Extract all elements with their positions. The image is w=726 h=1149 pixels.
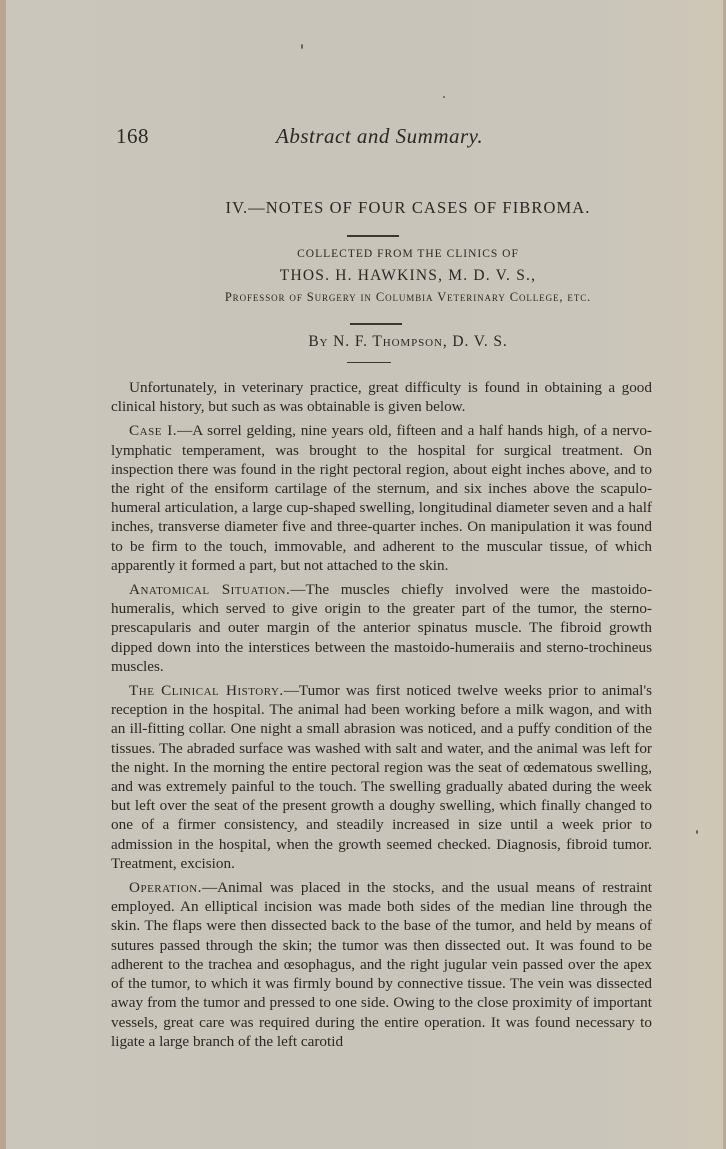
divider-rule <box>347 362 391 363</box>
paragraph-text: Unfortunately, in veterinary practice, g… <box>111 379 652 415</box>
paragraph-clinical-history: The Clinical History.—Tumor was first no… <box>111 681 652 873</box>
article-body: Unfortunately, in veterinary practice, g… <box>111 378 652 1056</box>
paragraph-lead: Case I. <box>129 422 177 439</box>
paper-speck <box>301 44 303 49</box>
paragraph-case-1: Case I.—A sorrel gelding, nine years old… <box>111 421 652 575</box>
paragraph-intro: Unfortunately, in veterinary practice, g… <box>111 378 652 416</box>
paragraph-lead: Operation. <box>129 879 202 896</box>
paragraph-anatomical-situation: Anatomical Situation.—The muscles chiefl… <box>111 580 652 676</box>
clinician-name: THOS. H. HAWKINS, M. D. V. S., <box>116 267 700 285</box>
divider-rule <box>347 235 399 237</box>
clinician-affiliation: Professor of Surgery in Columbia Veterin… <box>116 290 700 305</box>
paragraph-lead: The Clinical History. <box>129 682 284 699</box>
paragraph-text: —Tumor was first noticed twelve weeks pr… <box>111 682 652 872</box>
scanned-page: 168 Abstract and Summary. IV.—NOTES OF F… <box>0 0 726 1149</box>
running-head: 168 Abstract and Summary. <box>116 124 676 148</box>
paragraph-text: —Animal was placed in the stocks, and th… <box>111 879 652 1050</box>
page-binding-shadow <box>5 0 6 1149</box>
paragraph-operation: Operation.—Animal was placed in the stoc… <box>111 878 652 1051</box>
divider-rule <box>350 323 402 325</box>
article-title: IV.—NOTES OF FOUR CASES OF FIBROMA. <box>116 198 700 218</box>
paragraph-text: —A sorrel gelding, nine years old, fifte… <box>111 422 652 573</box>
running-title: Abstract and Summary. <box>276 124 483 149</box>
paper-speck <box>696 830 698 834</box>
page-number: 168 <box>116 124 149 149</box>
author-byline: By N. F. Thompson, D. V. S. <box>116 333 700 351</box>
paragraph-lead: Anatomical Situation. <box>129 581 290 598</box>
collected-from-line: COLLECTED FROM THE CLINICS OF <box>116 248 700 260</box>
paper-speck <box>443 96 445 98</box>
